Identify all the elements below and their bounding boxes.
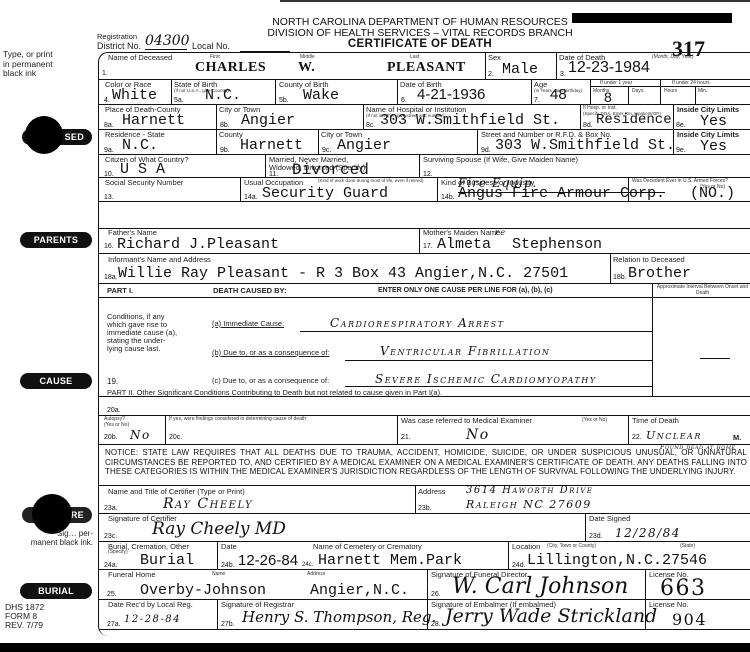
mother-name-correction: re <box>495 229 507 237</box>
embalmer-signature: Jerry Wade Strickland <box>445 607 657 626</box>
under-day-label: If under 24 hours <box>672 81 710 86</box>
date-received-value: 12-28-84 <box>124 615 181 625</box>
one-cause-instruction: ENTER ONLY ONE CAUSE PER LINE FOR (a), (… <box>378 287 553 294</box>
district-label: District No. <box>97 42 141 51</box>
field-num: 17. <box>423 243 433 250</box>
cause-b-value: Ventricular Fibrillation <box>380 345 550 357</box>
field-num: 3. <box>560 71 566 78</box>
months-value: 8 <box>604 90 612 104</box>
field-num: 20c. <box>169 434 182 441</box>
location-value: Lillington,N.C.27546 <box>527 553 707 568</box>
race-value: White <box>112 88 157 103</box>
divider <box>590 79 591 104</box>
autopsy-value: No <box>130 429 151 441</box>
divider <box>660 79 661 104</box>
field-num: 21. <box>401 434 411 441</box>
embalmer-license-value: 904 <box>672 612 707 628</box>
time-of-death-value: Unclear <box>646 430 702 441</box>
funeral-home-address-label: Address <box>307 572 325 577</box>
relation-label: Relation to Deceased <box>613 256 685 264</box>
funeral-home-address-value: Angier,N.C. <box>310 583 409 598</box>
field-num: 24d. <box>512 562 526 569</box>
field-num: 27a. <box>107 621 121 628</box>
field-num: 23b. <box>418 505 432 512</box>
local-no-label: Local No. <box>192 42 230 51</box>
tab-burial: BURIAL <box>20 583 92 599</box>
field-num: 20b. <box>104 434 118 441</box>
field-num: 26. <box>431 591 441 598</box>
sex-value: Male <box>502 62 538 77</box>
certifier-address-line1: 3614 Haworth Drive <box>466 486 593 496</box>
death-caused-by-label: DEATH CAUSED BY: <box>213 287 286 295</box>
res-state-value: N.C. <box>122 138 158 153</box>
field-num: 25. <box>107 591 117 598</box>
age-value: 48 <box>550 87 567 102</box>
me-referred-label: Was case referred to Medical Examiner <box>401 417 532 425</box>
field-num: 12. <box>423 171 433 178</box>
tab-parents: PARENTS <box>20 232 92 248</box>
mother-first-value: Almeta <box>437 237 491 252</box>
cause-b-label: (b) Due to, or as a consequence of: <box>212 349 330 357</box>
certifier-address-line2: Raleigh NC 27609 <box>466 499 592 510</box>
rule <box>99 541 750 542</box>
hospital-value: 303 W.Smithfield St. <box>380 113 560 128</box>
field-num: 13. <box>104 194 114 201</box>
funeral-home-name-value: Overby-Johnson <box>140 583 266 598</box>
occupation-hint: (Kind of work done during most of life, … <box>318 178 436 184</box>
death-inside-city-value: Yes <box>700 114 727 129</box>
top-scan-edge <box>280 0 750 2</box>
rule <box>99 444 750 445</box>
disposition-date-value: 12-26-84 <box>238 553 298 568</box>
field-num: 6. <box>401 97 407 104</box>
findings-label: If yes, were findings considered in dete… <box>169 417 306 422</box>
hours-label: Hours <box>664 89 677 94</box>
field-num: 20a. <box>107 407 121 414</box>
disposition-date-label: Date <box>221 543 237 551</box>
divider <box>397 79 398 104</box>
date-received-label: Date Rec'd by Local Reg. <box>108 601 193 609</box>
rule <box>99 253 750 254</box>
field-num: 24c. <box>302 562 313 568</box>
time-of-death-suffix: M. <box>733 434 741 442</box>
divider <box>652 283 653 396</box>
medical-examiner-notice: NOTICE: STATE LAW REQUIRES THAT ALL DEAT… <box>105 448 747 477</box>
res-inside-city-value: Yes <box>700 139 727 154</box>
occupation-value: Security Guard <box>262 186 388 201</box>
field-num: 9c. <box>322 147 331 154</box>
divider <box>628 415 629 444</box>
divider <box>415 485 416 513</box>
field-num: 23c. <box>104 533 117 540</box>
divider <box>216 104 217 129</box>
certifier-signature: Ray Cheely MD <box>152 521 286 538</box>
certifier-label: Name and Title of Certifier (Type or Pri… <box>108 488 245 496</box>
field-num: 8e. <box>676 122 686 129</box>
registration-label: Registration <box>97 33 137 41</box>
res-city-value: Angier <box>337 138 391 153</box>
me-referred-hint: (Yes or No) <box>582 418 607 423</box>
funeral-director-signature: W. Carl Johnson <box>452 576 628 598</box>
marital-value: Divorced <box>292 162 369 178</box>
location-hint: (City, Town or County) <box>547 544 596 549</box>
rule <box>700 358 730 359</box>
disposition-value: Burial <box>140 553 194 568</box>
field-num: 16. <box>104 243 114 250</box>
field-num: 8b. <box>220 122 230 129</box>
res-county-value: Harnett <box>240 138 303 153</box>
rule <box>300 331 652 332</box>
cause-c-value: Severe Ischemic Cardiomyopathy <box>375 373 597 385</box>
field-num: 23a. <box>104 505 118 512</box>
autopsy-hint: (Yes or No) <box>104 423 129 428</box>
divider <box>165 415 166 444</box>
date-of-birth-value: 4-21-1936 <box>417 87 485 102</box>
informant-label: Informant's Name and Address <box>108 256 211 264</box>
death-county-value: Harnett <box>122 113 185 128</box>
hosp-type-value: Residence <box>596 113 672 127</box>
informant-value: Willie Ray Pleasant - R 3 Box 43 Angier,… <box>118 266 568 281</box>
field-num: 9d. <box>481 147 491 154</box>
field-num: 8a. <box>104 122 114 129</box>
spouse-label: Surviving Spouse (If Wife, Give Maiden N… <box>423 156 578 164</box>
field-num: 2. <box>488 71 494 78</box>
divider <box>437 177 438 201</box>
cemetery-value: Harnett Mem.Park <box>318 553 462 568</box>
me-referred-value: No <box>466 428 490 442</box>
field-num: 4. <box>104 97 110 104</box>
field-num: 27b. <box>221 621 235 628</box>
cause-c-label: (c) Due to, or as a consequence of: <box>212 377 329 385</box>
field-num: 24a. <box>104 562 118 569</box>
embalmer-license-label: License No. <box>649 601 689 609</box>
divider <box>217 599 218 629</box>
state-of-birth-value: N.C. <box>205 88 241 103</box>
rule <box>345 360 652 361</box>
field-num: 9e. <box>676 147 686 154</box>
divider <box>318 129 319 154</box>
header-title: CERTIFICATE OF DEATH <box>230 39 610 50</box>
divider <box>171 79 172 104</box>
field-num: 18b. <box>613 274 627 281</box>
certifier-value: Ray Cheely <box>163 497 253 511</box>
registrar-signature: Henry S. Thompson, Reg. <box>242 610 436 625</box>
divider <box>265 154 266 177</box>
father-value: Richard J.Pleasant <box>117 237 279 252</box>
field-num: 18a. <box>104 274 118 281</box>
rule <box>99 513 750 514</box>
rule <box>590 86 750 87</box>
ssn-label: Social Security Number <box>105 179 183 187</box>
middle-name-value: W. <box>298 61 315 75</box>
date-of-death-value: 12-23-1984 <box>568 60 650 76</box>
field-num: 14b. <box>441 194 455 201</box>
conditions-explainer: Conditions, if any which gave rise to im… <box>107 313 177 353</box>
business-correction: Fire Equip. <box>458 177 537 189</box>
redaction-circle-deceased <box>25 116 63 154</box>
sex-label: Sex <box>488 54 501 62</box>
field-num: 8c. <box>366 122 375 129</box>
ink-instruction: Type, or print in permanent black ink <box>3 50 88 79</box>
tab-cause: CAUSE <box>20 373 92 389</box>
field-num: 19. <box>107 377 118 386</box>
divider <box>216 129 217 154</box>
redaction-circle-certifier <box>32 494 72 534</box>
res-street-value: 303 W.Smithfield St. <box>495 138 675 153</box>
divider <box>585 513 586 541</box>
part2-label: PART II. Other Significant Conditions Co… <box>107 389 442 397</box>
field-num: 7. <box>534 97 540 104</box>
divider <box>419 154 420 177</box>
field-num: 24b. <box>221 562 235 569</box>
interval-label: Approximate Interval Between Onset and D… <box>655 284 750 296</box>
rule <box>345 386 652 387</box>
relation-value: Brother <box>628 266 691 281</box>
citizen-value: U S A <box>120 162 165 177</box>
divider <box>628 86 629 104</box>
mother-last-value: Stephenson <box>512 237 602 252</box>
field-num: 10. <box>104 171 114 178</box>
min-label: Min. <box>698 89 707 94</box>
divider <box>610 253 611 283</box>
location-label: Location <box>512 543 540 551</box>
divider <box>217 541 218 569</box>
days-label: Days <box>632 89 643 94</box>
name-label: Name of Deceased <box>108 54 172 62</box>
divider <box>477 129 478 154</box>
cause-a-value: Cardiorespiratory Arrest <box>330 317 505 329</box>
field-num: 11. <box>269 171 278 178</box>
field-num: 5a. <box>174 97 184 104</box>
field-num: 23d. <box>589 533 603 540</box>
date-signed-value: 12/28/84 <box>615 527 681 539</box>
signature-instruction: Sig… per- manent black ink. <box>3 529 93 547</box>
divider <box>275 79 276 104</box>
divider <box>419 228 420 253</box>
time-of-death-label: Time of Death <box>632 417 679 425</box>
field-num: 28. <box>431 621 441 628</box>
divider <box>695 86 696 104</box>
divider <box>580 104 581 129</box>
death-city-value: Angier <box>241 113 295 128</box>
rule <box>99 485 750 486</box>
location-state-label: (State) <box>680 544 695 549</box>
field-num: 14a. <box>244 194 258 201</box>
divider <box>556 52 557 79</box>
form-revision: REV. 7/79 <box>5 621 43 631</box>
divider <box>363 104 364 129</box>
divider <box>240 177 241 201</box>
field-num: 5b. <box>279 97 289 104</box>
under-year-label: If under 1 year <box>600 81 632 86</box>
redaction-bar <box>572 13 732 23</box>
county-of-birth-value: Wake <box>303 88 339 103</box>
field-num: 1. <box>102 70 108 77</box>
divider <box>485 52 486 79</box>
divider <box>531 79 532 104</box>
funeral-home-name-label: Name <box>212 572 225 577</box>
funeral-director-license-value: 663 <box>660 578 707 600</box>
last-name-value: PLEASANT <box>387 61 466 75</box>
field-num: 8d. <box>583 122 593 129</box>
field-num: 9a. <box>104 147 114 154</box>
field-num: 9b. <box>220 147 230 154</box>
funeral-home-label: Funeral Home <box>108 571 156 579</box>
field-num: 22. <box>632 434 642 441</box>
part1-label: PART I. <box>107 287 133 295</box>
cemetery-label: Name of Cemetery or Crematory <box>313 543 422 551</box>
bottom-scan-edge <box>0 643 750 652</box>
divider <box>397 415 398 444</box>
date-signed-label: Date Signed <box>589 515 630 523</box>
date-of-death-hint: (Month, Day, Year) <box>652 55 694 60</box>
rule <box>99 129 750 130</box>
first-name-value: CHARLES <box>195 61 266 75</box>
armed-forces-value: (NO.) <box>690 186 735 201</box>
certifier-address-label: Address <box>418 488 446 496</box>
disposition-hint: (Specify) <box>108 550 128 555</box>
district-number: 04300 <box>145 33 187 50</box>
divider <box>508 541 509 569</box>
cause-a-label: (a) Immediate Cause: <box>212 320 284 328</box>
rule <box>99 629 750 630</box>
